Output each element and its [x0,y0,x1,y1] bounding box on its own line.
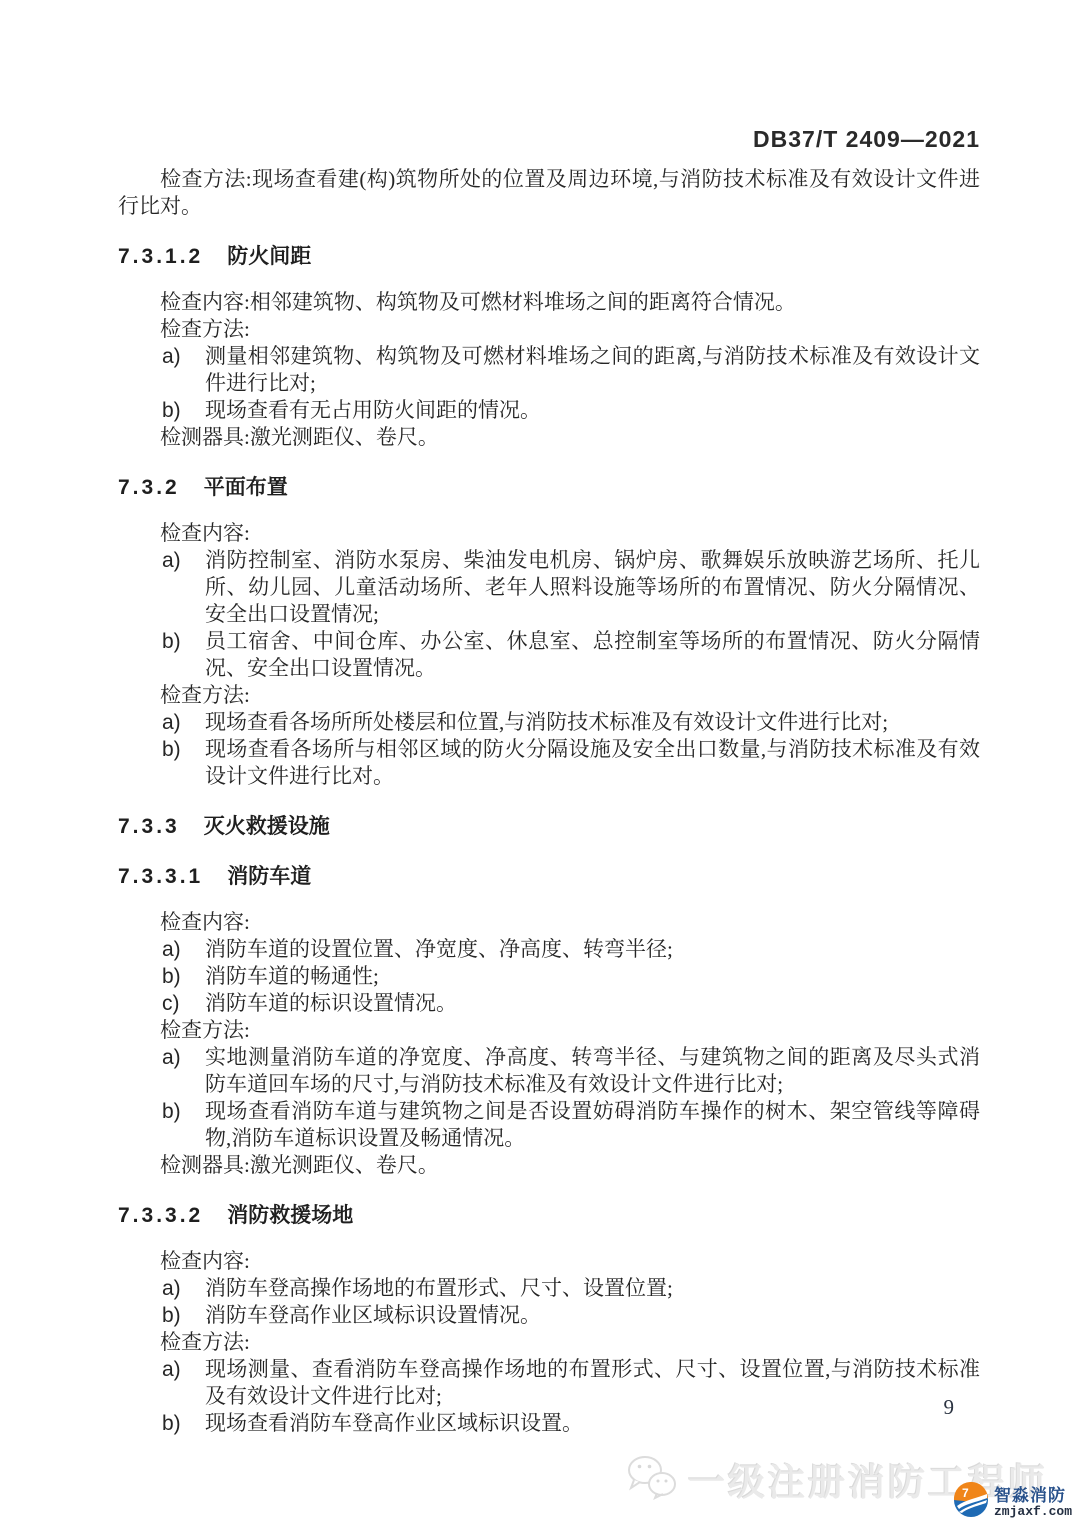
zmjaxf-logo: 7 智淼消防 zmjaxf.com [953,1482,1072,1523]
list-item: b)员工宿舍、中间仓库、办公室、休息室、总控制室等场所的布置情况、防火分隔情况、… [118,628,980,682]
heading-title: 灭火救援设施 [204,815,330,838]
page-number: 9 [944,1395,955,1420]
list-item-text: 现场查看各场所与相邻区域的防火分隔设施及安全出口数量,与消防技术标准及有效设计文… [205,737,980,788]
list-item-text: 现场查看消防车登高作业区域标识设置。 [205,1411,583,1435]
list-marker: b) [162,1302,181,1329]
list-item-text: 现场查看有无占用防火间距的情况。 [205,398,541,422]
heading-title: 消防车道 [227,865,311,888]
paragraph: 检查方法: [118,682,980,709]
list-item: a)测量相邻建筑物、构筑物及可燃材料堆场之间的距离,与消防技术标准及有效设计文件… [118,343,980,397]
list-marker: b) [162,736,181,763]
list-item: a)现场测量、查看消防车登高操作场地的布置形式、尺寸、设置位置,与消防技术标准及… [118,1356,980,1410]
paragraph: 检查方法: [118,316,980,343]
svg-text:7: 7 [962,1486,969,1500]
list-marker: b) [162,628,181,655]
list-item-text: 员工宿舍、中间仓库、办公室、休息室、总控制室等场所的布置情况、防火分隔情况、安全… [205,629,980,680]
zmjaxf-logo-icon: 7 [953,1482,989,1523]
list-item-text: 现场查看各场所所处楼层和位置,与消防技术标准及有效设计文件进行比对; [205,710,888,734]
list-item-text: 现场查看消防车道与建筑物之间是否设置妨碍消防车操作的树木、架空管线等障碍物,消防… [205,1099,980,1150]
list-item: b)现场查看各场所与相邻区域的防火分隔设施及安全出口数量,与消防技术标准及有效设… [118,736,980,790]
list-item: a)消防车道的设置位置、净宽度、净高度、转弯半径; [118,936,980,963]
heading-title: 防火间距 [227,245,311,268]
list-item: b)消防车登高作业区域标识设置情况。 [118,1302,980,1329]
heading-title: 平面布置 [204,476,288,499]
document-body: 检查方法:现场查看建(构)筑物所处的位置及周边环境,与消防技术标准及有效设计文件… [118,166,980,1437]
list-item: a)消防车登高操作场地的布置形式、尺寸、设置位置; [118,1275,980,1302]
document-page: DB37/T 2409—2021 检查方法:现场查看建(构)筑物所处的位置及周边… [0,0,1080,1528]
list-marker: a) [162,936,181,963]
list-item-text: 消防车登高作业区域标识设置情况。 [205,1303,541,1327]
list-item-text: 消防车登高操作场地的布置形式、尺寸、设置位置; [205,1276,673,1300]
list-item: c)消防车道的标识设置情况。 [118,990,980,1017]
section-heading: 7.3.3.1消防车道 [118,863,980,890]
paragraph: 检查方法: [118,1329,980,1356]
heading-number: 7.3.3.2 [118,1204,203,1227]
list-item: a)现场查看各场所所处楼层和位置,与消防技术标准及有效设计文件进行比对; [118,709,980,736]
list-item: b)现场查看消防车道与建筑物之间是否设置妨碍消防车操作的树木、架空管线等障碍物,… [118,1098,980,1152]
list-marker: a) [162,1275,181,1302]
heading-number: 7.3.3 [118,815,180,838]
list-item-text: 消防控制室、消防水泵房、柴油发电机房、锅炉房、歌舞娱乐放映游艺场所、托儿所、幼儿… [205,548,980,626]
logo-brand-text: 智淼消防 [994,1487,1072,1505]
list-marker: c) [162,990,180,1017]
list-item: b)现场查看消防车登高作业区域标识设置。 [118,1410,980,1437]
list-item: a)实地测量消防车道的净宽度、净高度、转弯半径、与建筑物之间的距离及尽头式消防车… [118,1044,980,1098]
list-item-text: 实地测量消防车道的净宽度、净高度、转弯半径、与建筑物之间的距离及尽头式消防车道回… [205,1045,980,1096]
list-item: b)消防车道的畅通性; [118,963,980,990]
paragraph: 检测器具:激光测距仪、卷尺。 [118,1152,980,1179]
list-item-text: 消防车道的畅通性; [205,964,379,988]
list-marker: a) [162,709,181,736]
section-heading: 7.3.1.2防火间距 [118,243,980,270]
section-heading: 7.3.2平面布置 [118,474,980,501]
paragraph: 检查内容: [118,520,980,547]
paragraph: 检查内容:相邻建筑物、构筑物及可燃材料堆场之间的距离符合情况。 [118,289,980,316]
list-marker: b) [162,1098,181,1125]
list-marker: a) [162,1044,181,1071]
list-item-text: 测量相邻建筑物、构筑物及可燃材料堆场之间的距离,与消防技术标准及有效设计文件进行… [205,344,980,395]
list-item-text: 消防车道的标识设置情况。 [205,991,457,1015]
doc-code-header: DB37/T 2409—2021 [753,126,980,153]
paragraph: 检查内容: [118,909,980,936]
section-heading: 7.3.3.2消防救援场地 [118,1202,980,1229]
list-marker: b) [162,1410,181,1437]
list-item-text: 消防车道的设置位置、净宽度、净高度、转弯半径; [205,937,673,961]
list-item-text: 现场测量、查看消防车登高操作场地的布置形式、尺寸、设置位置,与消防技术标准及有效… [205,1357,980,1408]
paragraph: 检查方法: [118,1017,980,1044]
list-item: a)消防控制室、消防水泵房、柴油发电机房、锅炉房、歌舞娱乐放映游艺场所、托儿所、… [118,547,980,628]
logo-url-text: zmjaxf.com [994,1505,1072,1519]
wechat-icon [626,1454,678,1505]
list-item: b)现场查看有无占用防火间距的情况。 [118,397,980,424]
paragraph: 检查内容: [118,1248,980,1275]
list-marker: a) [162,1356,181,1383]
list-marker: b) [162,397,181,424]
list-marker: a) [162,547,181,574]
section-heading: 7.3.3灭火救援设施 [118,813,980,840]
paragraph: 检测器具:激光测距仪、卷尺。 [118,424,980,451]
heading-title: 消防救援场地 [227,1204,353,1227]
list-marker: a) [162,343,181,370]
paragraph: 检查方法:现场查看建(构)筑物所处的位置及周边环境,与消防技术标准及有效设计文件… [118,166,980,220]
heading-number: 7.3.1.2 [118,245,203,268]
heading-number: 7.3.3.1 [118,865,203,888]
list-marker: b) [162,963,181,990]
heading-number: 7.3.2 [118,476,180,499]
